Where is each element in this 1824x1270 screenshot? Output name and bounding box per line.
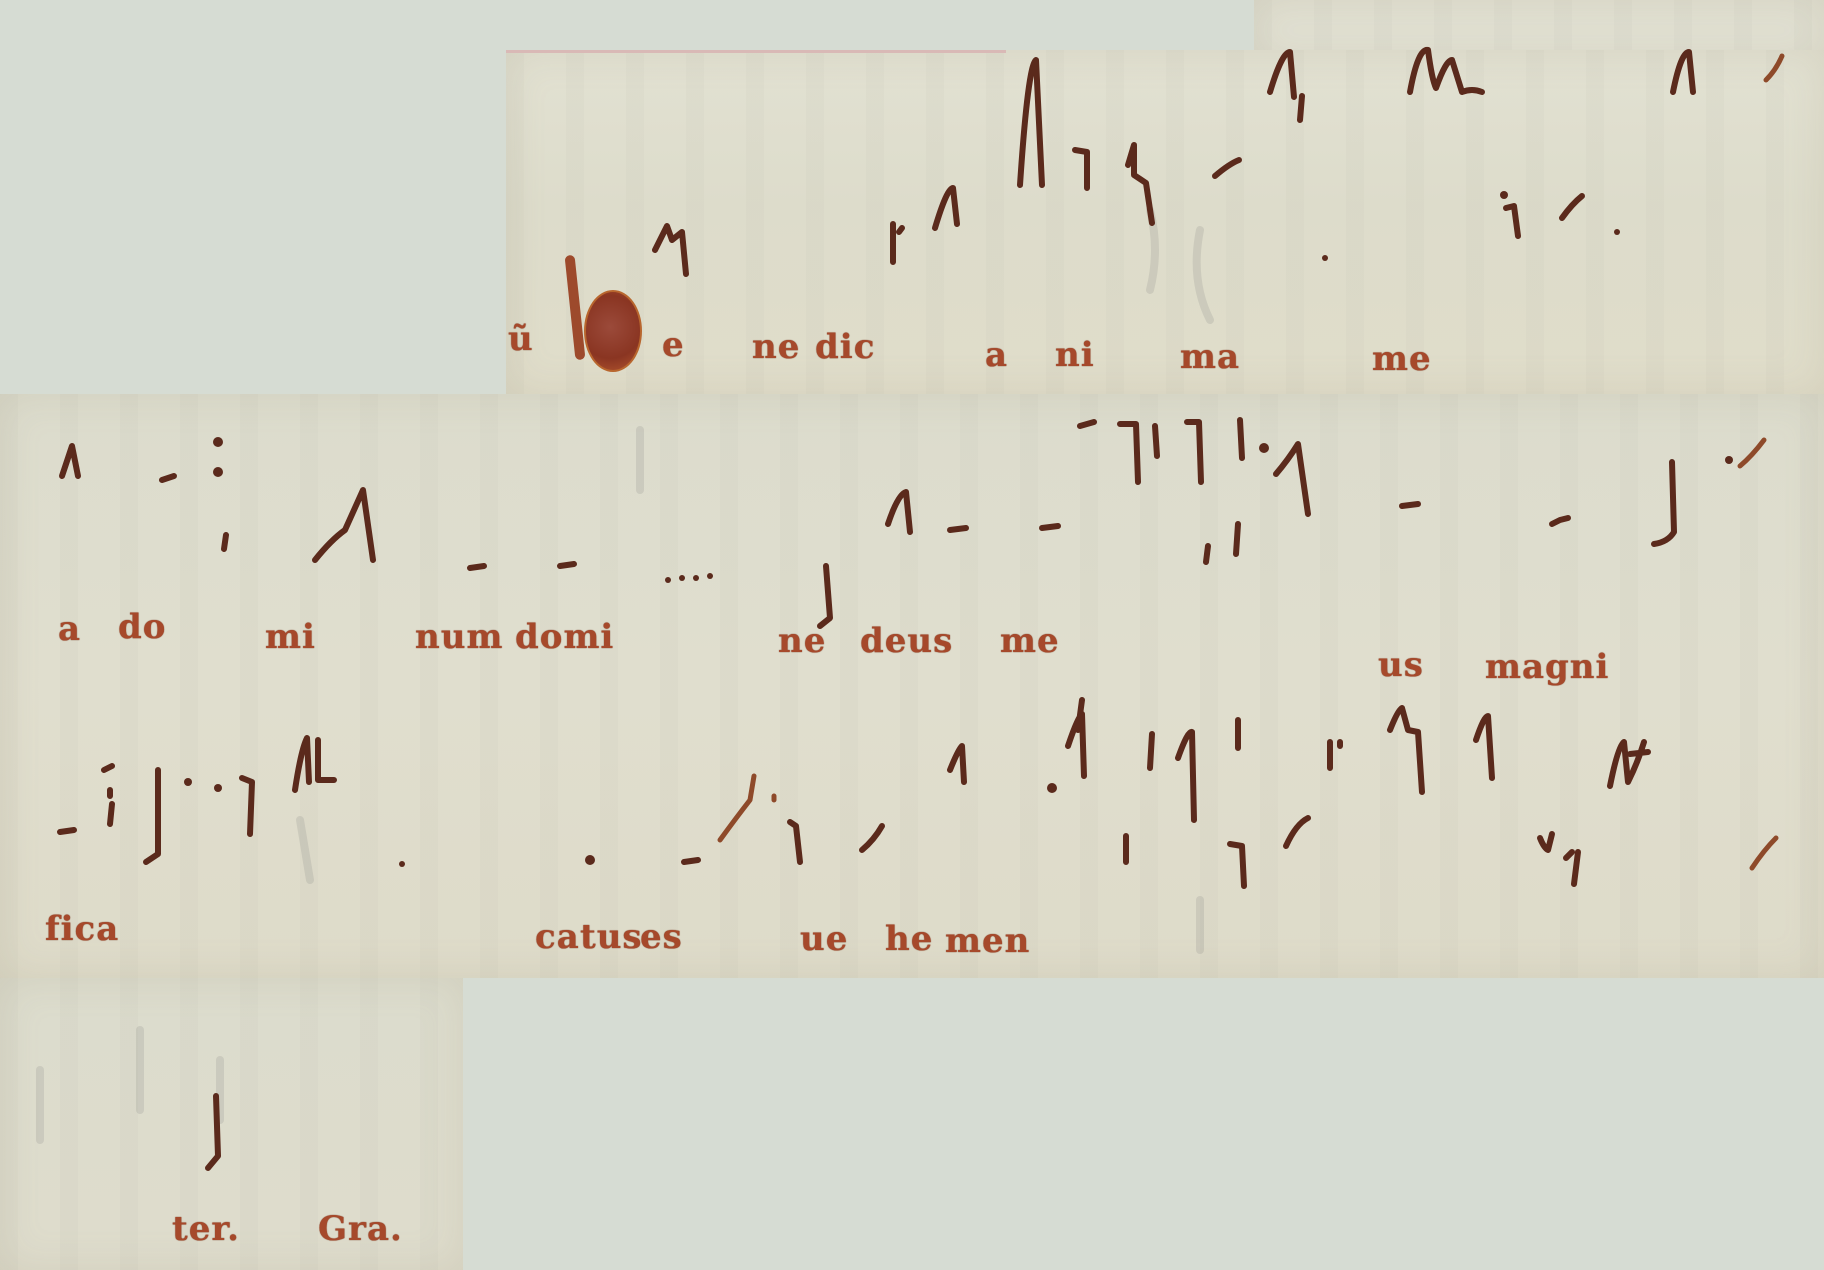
neume-icon (60, 830, 74, 832)
syllable: Gra. (318, 1212, 403, 1246)
neume-row-2 (62, 420, 1764, 626)
syllable: do (118, 610, 166, 644)
neume-icon (146, 770, 158, 862)
neume-icon (950, 746, 964, 782)
syllable: ũ (508, 322, 534, 356)
syllable: ne (752, 330, 800, 364)
neume-icon (1410, 50, 1482, 92)
syllable: me (1372, 342, 1432, 376)
syllable: me (1000, 624, 1060, 658)
neume-icon (242, 778, 252, 834)
syllable: he (885, 922, 933, 956)
neume-row-1 (655, 50, 1782, 274)
neume-icon (62, 446, 78, 476)
syllable: magni (1485, 650, 1609, 684)
syllable: ma (1180, 340, 1240, 374)
neume-icon (315, 490, 373, 560)
syllable: dic (815, 330, 875, 364)
neume-icon (560, 564, 574, 566)
neume-icon (1610, 742, 1648, 786)
syllable: es (640, 920, 683, 954)
syllable: deus (860, 624, 953, 658)
neume-icon (1286, 818, 1308, 846)
neume-icon (893, 224, 902, 262)
neume-icon (820, 566, 830, 626)
syllable: a (985, 338, 1008, 372)
neume-icon (1540, 834, 1578, 884)
neume-icon (1552, 518, 1568, 524)
neume-icon (208, 1096, 218, 1168)
syllable: ue (800, 922, 848, 956)
neume-icon (1390, 708, 1422, 792)
neume-icon (1150, 732, 1194, 820)
syllable: domi (515, 620, 614, 654)
neume-icon (935, 188, 957, 228)
neume-icon (1042, 526, 1058, 528)
syllable: e (662, 328, 685, 362)
neume-icon (1128, 145, 1152, 223)
neume-icon (790, 822, 800, 862)
neume-icon (1654, 462, 1674, 544)
neume-icon (1206, 524, 1238, 562)
neume-row-4 (208, 1096, 218, 1168)
neume-icon (1562, 196, 1582, 218)
neume-icon (162, 476, 174, 480)
neume-icon (1506, 206, 1518, 236)
syllable: us (1378, 648, 1424, 682)
neume-icon (1075, 150, 1087, 188)
neume-icon (1276, 444, 1308, 514)
neume-icon (720, 776, 774, 840)
neume-icon (1068, 700, 1084, 776)
neume-icon (104, 766, 112, 824)
syllable: num (415, 620, 503, 654)
neume-icon (950, 528, 966, 530)
neume-icon (862, 826, 882, 850)
neume-icon (1215, 160, 1239, 176)
syllable: men (945, 924, 1030, 958)
syllable: ne (778, 624, 826, 658)
syllable: ni (1055, 338, 1095, 372)
neume-icon (1020, 60, 1042, 185)
neume-icon (470, 566, 484, 568)
neume-icon (224, 535, 226, 549)
neume-icon (1476, 716, 1492, 778)
neume-icon (1330, 742, 1340, 768)
neume-icon (888, 492, 910, 532)
neume-icon (1080, 420, 1242, 482)
syllable: ter. (172, 1212, 240, 1246)
neume-icon (655, 226, 686, 274)
neume-icon (1766, 56, 1782, 80)
syllable: mi (265, 620, 316, 654)
neume-icon (1402, 504, 1418, 506)
neume-icon (1752, 838, 1776, 868)
neume-row-3 (60, 700, 1776, 886)
syllable: a (58, 612, 81, 646)
neume-icon (1740, 440, 1764, 466)
syllable: tus (580, 920, 643, 954)
syllable: fica (45, 912, 119, 946)
neume-icon (684, 860, 698, 862)
neume-icon (1673, 52, 1693, 92)
syllable: ca (535, 920, 580, 954)
neume-icon (1270, 52, 1302, 120)
neume-icon (1230, 844, 1244, 886)
neume-icon (295, 738, 334, 790)
